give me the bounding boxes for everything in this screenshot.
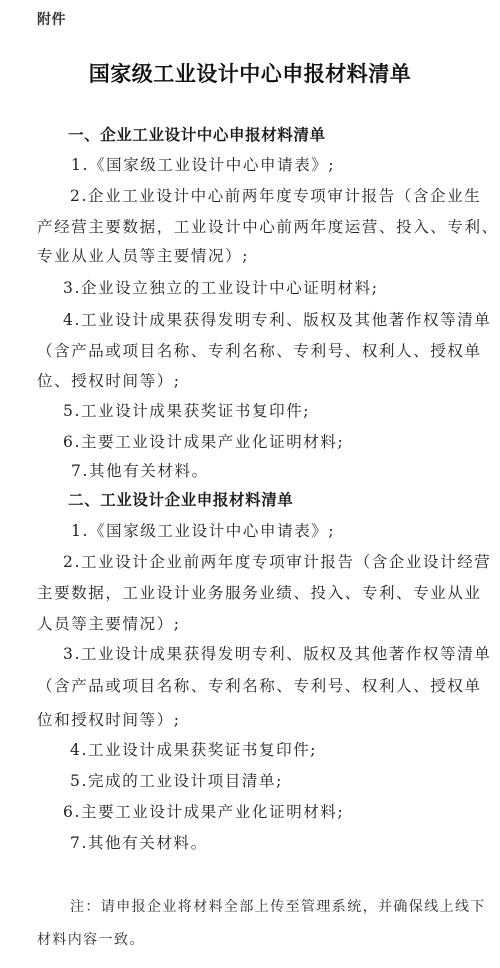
list-item: 3.工业设计成果获得发明专利、版权及其他著作权等清单 <box>63 644 491 664</box>
list-item-continuation: 位、授权时间等）; <box>37 371 181 391</box>
list-item-continuation: 主要数据，工业设计业务服务业绩、投入、专利、专业从业 <box>37 583 482 603</box>
list-item: 2.工业设计企业前两年度专项审计报告（含企业设计经营 <box>63 552 491 572</box>
document-title: 国家级工业设计中心申报材料清单 <box>0 60 500 88</box>
list-item: 4.工业设计成果获得发明专利、版权及其他著作权等清单 <box>63 310 491 330</box>
note-text-continuation: 材料内容一致。 <box>37 930 145 950</box>
list-item: 5.工业设计成果获奖证书复印件; <box>63 401 310 421</box>
list-item: 1.《国家级工业设计中心申请表》; <box>71 521 335 541</box>
list-item: 5.完成的工业设计项目清单; <box>70 771 283 791</box>
list-item: 4.工业设计成果获奖证书复印件; <box>70 740 317 760</box>
list-item: 7.其他有关材料。 <box>71 461 209 481</box>
list-item-continuation: 专业从业人员等主要情况）; <box>37 246 249 266</box>
list-item: 1.《国家级工业设计中心申请表》; <box>71 155 335 175</box>
list-item-continuation: （含产品或项目名称、专利名称、专利号、权利人、授权单 <box>37 341 482 361</box>
list-item: 6.主要工业设计成果产业化证明材料; <box>63 802 344 822</box>
list-item: 6.主要工业设计成果产业化证明材料; <box>63 432 344 452</box>
list-item: 3.企业设立独立的工业设计中心证明材料; <box>63 278 379 298</box>
list-item-continuation: 人员等主要情况）; <box>37 614 181 634</box>
list-item: 7.其他有关材料。 <box>70 833 208 853</box>
section-heading: 二、工业设计企业申报材料清单 <box>68 490 293 510</box>
list-item-continuation: 位和授权时间等）; <box>37 710 181 730</box>
list-item: 2.企业工业设计中心前两年度专项审计报告（含企业生 <box>70 186 481 206</box>
note-text: 注：请申报企业将材料全部上传至管理系统，并确保线上线下 <box>70 897 486 917</box>
attachment-label: 附件 <box>37 10 66 30</box>
list-item-continuation: （含产品或项目名称、专利名称、专利号、权利人、授权单 <box>37 676 482 696</box>
section-heading: 一、企业工业设计中心申报材料清单 <box>68 125 326 145</box>
list-item-continuation: 产经营主要数据，工业设计中心前两年度运营、投入、专利、 <box>37 217 499 237</box>
